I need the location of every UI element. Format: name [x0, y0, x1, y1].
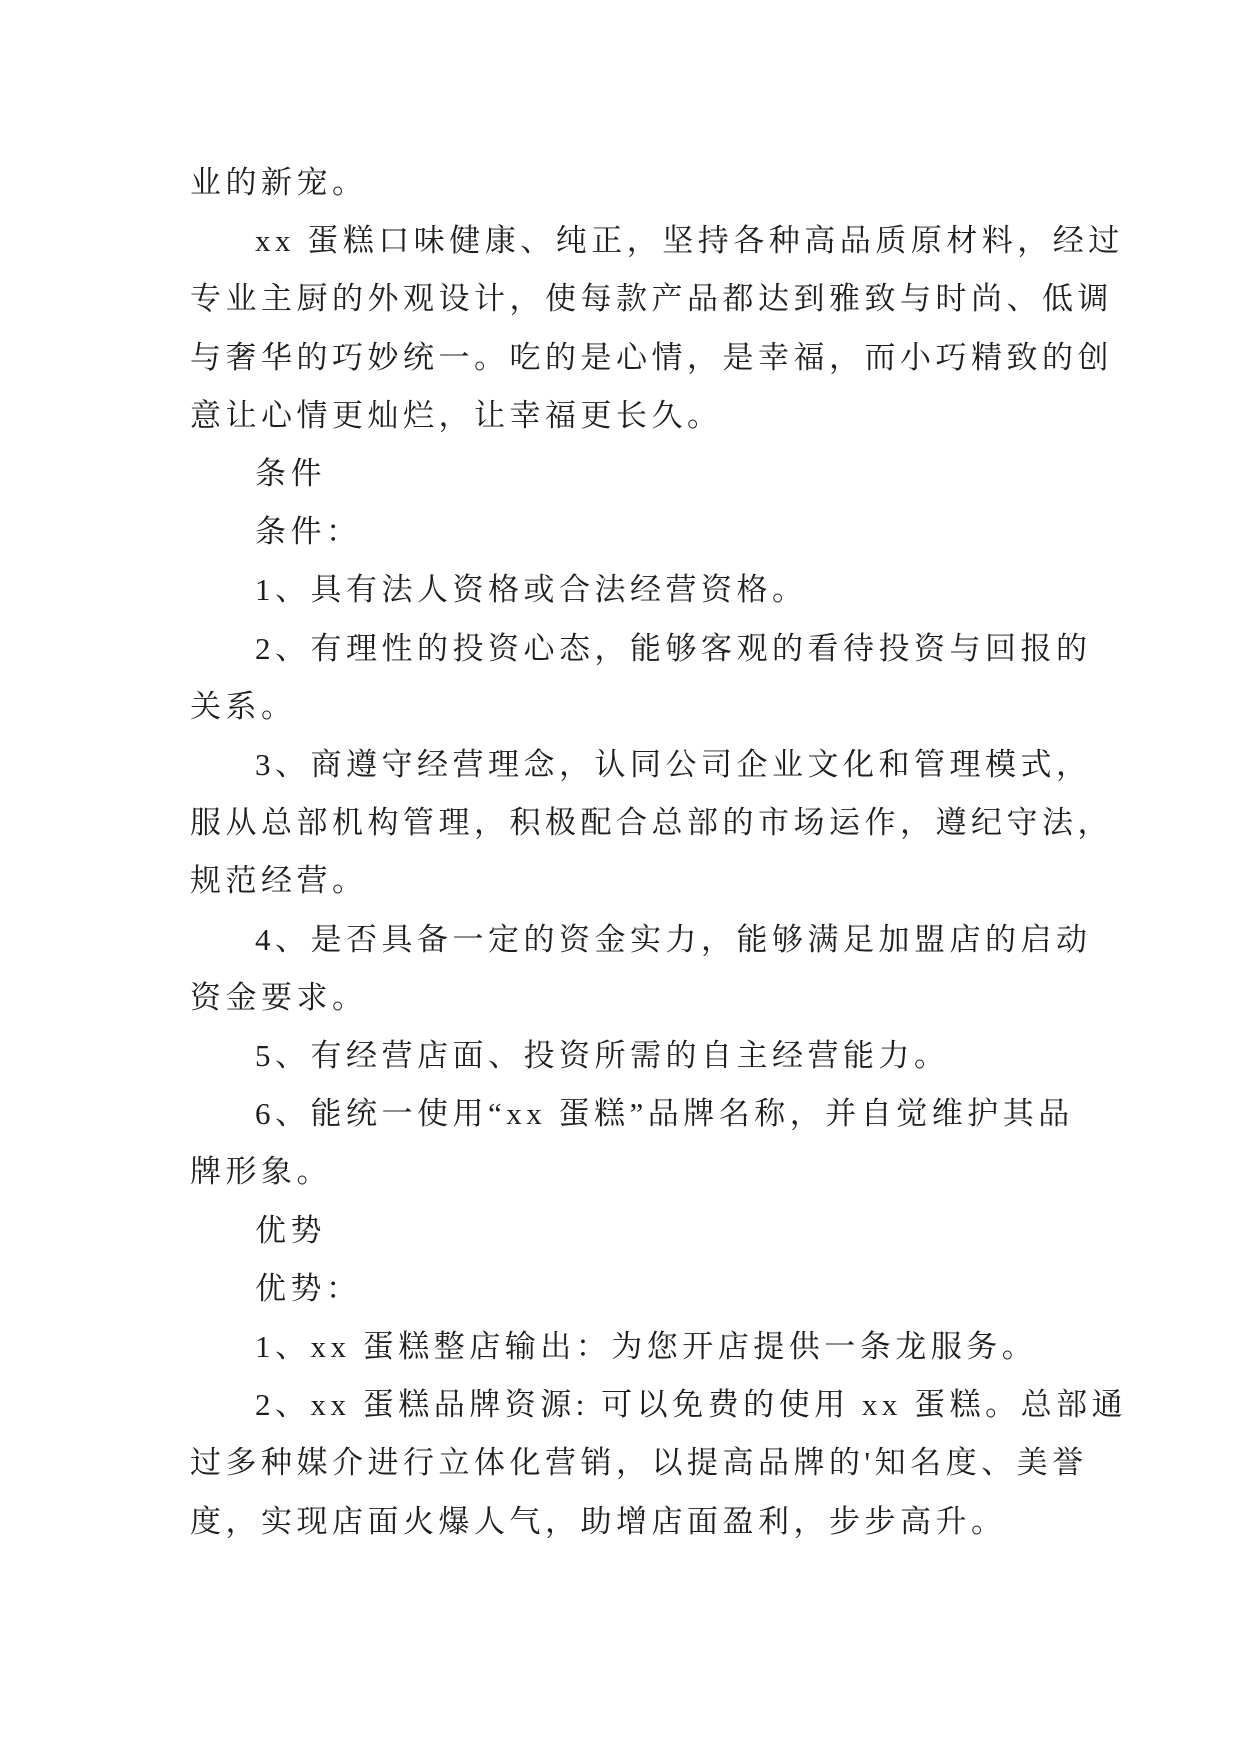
- text-line: 2、有理性的投资心态，能够客观的看待投资与回报的: [190, 620, 1053, 678]
- text-line: 关系。: [190, 678, 1053, 736]
- text-line: 服从总部机构管理，积极配合总部的市场运作，遵纪守法，: [190, 794, 1053, 852]
- text-line: 专业主厨的外观设计，使每款产品都达到雅致与时尚、低调: [190, 270, 1053, 328]
- text-line: 资金要求。: [190, 969, 1053, 1027]
- text-line: 过多种媒介进行立体化营销，以提高品牌的'知名度、美誉: [190, 1434, 1053, 1492]
- text-line: 1、具有法人资格或合法经营资格。: [190, 561, 1053, 619]
- document-page: { "page": { "background": "#ffffff", "te…: [0, 0, 1241, 1754]
- text-line: 条件: [190, 445, 1053, 503]
- text-line: 4、是否具备一定的资金实力，能够满足加盟店的启动: [190, 911, 1053, 969]
- document-body: 业的新宠。xx 蛋糕口味健康、纯正，坚持各种高品质原材料，经过专业主厨的外观设计…: [190, 154, 1053, 1551]
- text-line: 6、能统一使用“xx 蛋糕”品牌名称，并自觉维护其品: [190, 1085, 1053, 1143]
- page-background: 业的新宠。xx 蛋糕口味健康、纯正，坚持各种高品质原材料，经过专业主厨的外观设计…: [0, 0, 1241, 1754]
- text-line: 5、有经营店面、投资所需的自主经营能力。: [190, 1027, 1053, 1085]
- text-line: 1、xx 蛋糕整店输出：为您开店提供一条龙服务。: [190, 1318, 1053, 1376]
- text-line: 牌形象。: [190, 1143, 1053, 1201]
- text-line: 优势：: [190, 1260, 1053, 1318]
- text-line: 规范经营。: [190, 852, 1053, 910]
- text-line: 2、xx 蛋糕品牌资源: 可以免费的使用 xx 蛋糕。总部通: [190, 1376, 1053, 1434]
- text-line: 优势: [190, 1202, 1053, 1260]
- text-line: 与奢华的巧妙统一。吃的是心情，是幸福，而小巧精致的创: [190, 329, 1053, 387]
- text-line: 3、商遵守经营理念，认同公司企业文化和管理模式，: [190, 736, 1053, 794]
- text-line: 度，实现店面火爆人气，助增店面盈利，步步高升。: [190, 1493, 1053, 1551]
- text-line: 条件：: [190, 503, 1053, 561]
- text-line: xx 蛋糕口味健康、纯正，坚持各种高品质原材料，经过: [190, 212, 1053, 270]
- text-line: 意让心情更灿烂，让幸福更长久。: [190, 387, 1053, 445]
- text-line: 业的新宠。: [190, 154, 1053, 212]
